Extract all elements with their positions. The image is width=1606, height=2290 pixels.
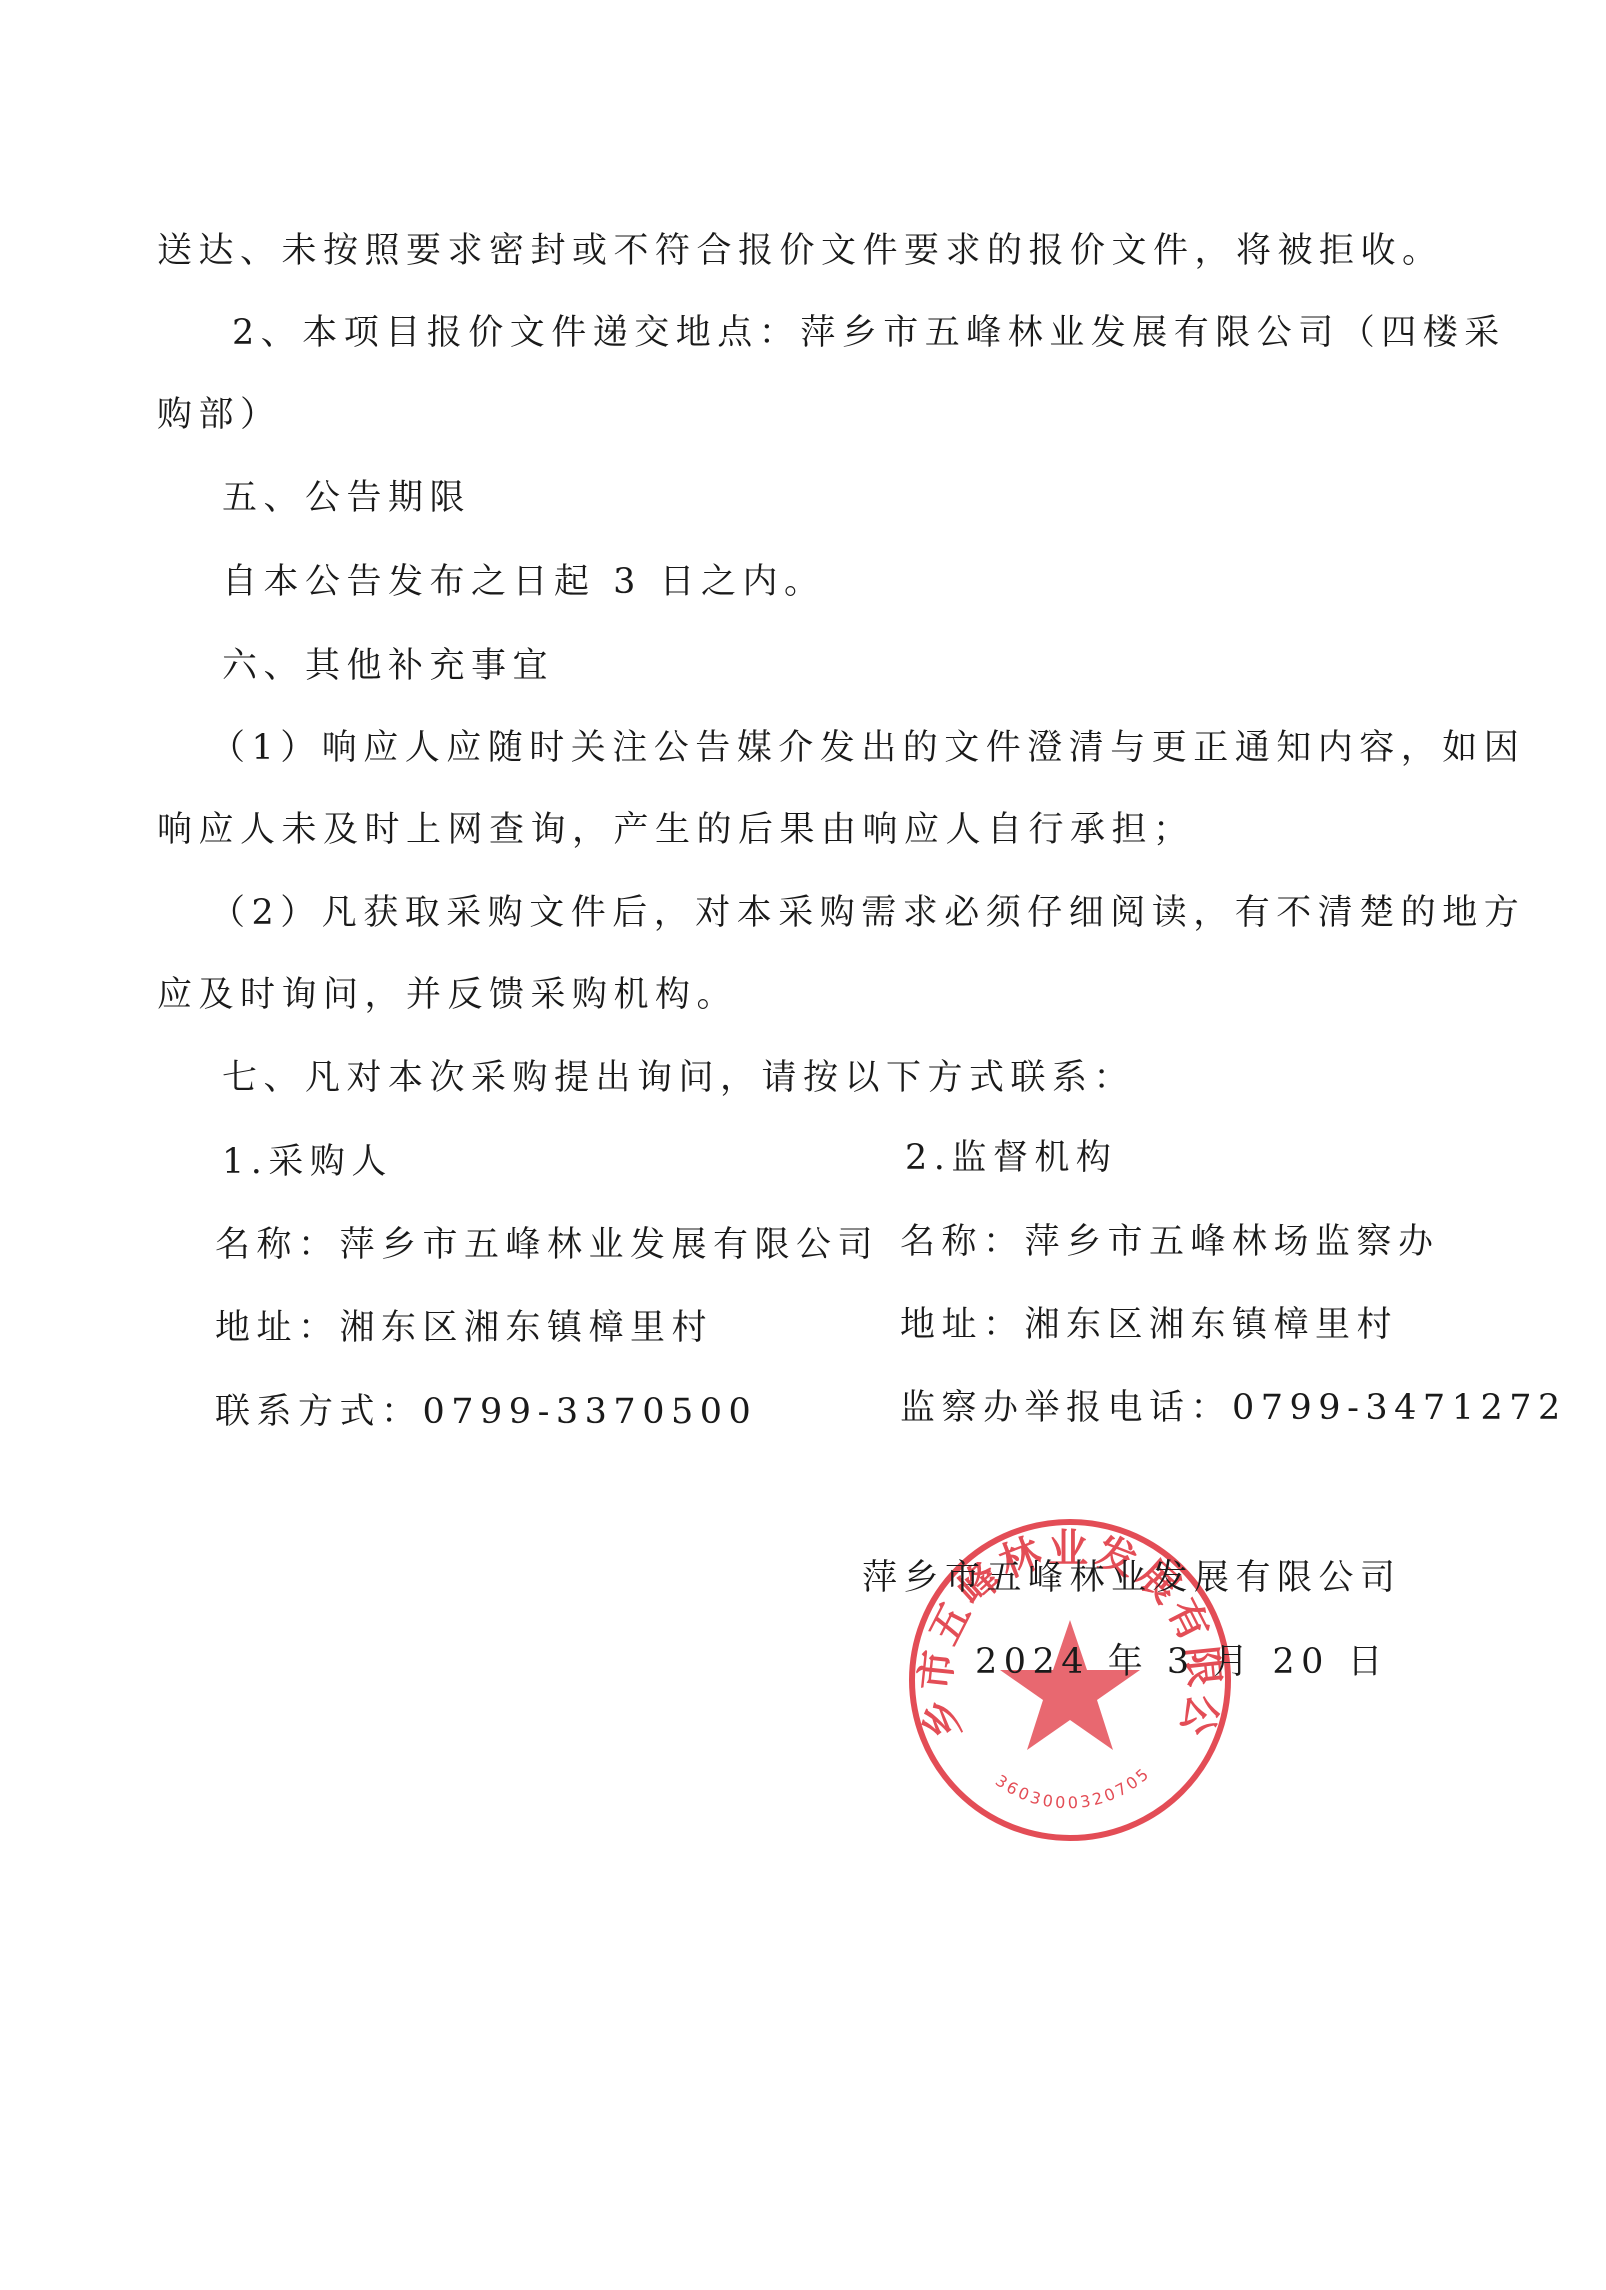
supervisor-phone: 监察办举报电话：0799-3471272 bbox=[900, 1388, 1567, 1428]
purchaser-address: 地址：湘东区湘东镇樟里村 bbox=[215, 1308, 713, 1348]
paragraph-rejection: 送达、未按照要求密封或不符合报价文件要求的报价文件，将被拒收。 bbox=[157, 231, 1444, 271]
paragraph-submission-location: 2、本项目报价文件递交地点：萍乡市五峰林业发展有限公司（四楼采 bbox=[232, 313, 1506, 353]
svg-text:3603000320705: 3603000320705 bbox=[992, 1763, 1154, 1812]
supervisor-heading: 2.监督机构 bbox=[905, 1138, 1117, 1178]
purchaser-heading: 1.采购人 bbox=[222, 1142, 393, 1182]
section-heading-supplementary: 六、其他补充事宜 bbox=[222, 646, 554, 686]
supervisor-address: 地址：湘东区湘东镇樟里村 bbox=[900, 1305, 1398, 1345]
seal-number: 3603000320705 bbox=[992, 1763, 1154, 1812]
paragraph-submission-location-cont: 购部） bbox=[157, 395, 282, 435]
purchaser-name: 名称：萍乡市五峰林业发展有限公司 bbox=[215, 1225, 879, 1265]
paragraph-supplementary-2-cont: 应及时询问，并反馈采购机构。 bbox=[157, 975, 738, 1015]
paragraph-supplementary-2: （2）凡获取采购文件后，对本采购需求必须仔细阅读，有不清楚的地方 bbox=[210, 893, 1525, 933]
paragraph-supplementary-1-cont: 响应人未及时上网查询，产生的后果由响应人自行承担； bbox=[157, 810, 1195, 850]
star-icon bbox=[1000, 1620, 1140, 1750]
section-heading-notice-period: 五、公告期限 bbox=[222, 478, 471, 518]
signature-company: 萍乡市五峰林业发展有限公司 bbox=[862, 1558, 1402, 1598]
document-page: 送达、未按照要求密封或不符合报价文件要求的报价文件，将被拒收。 2、本项目报价文… bbox=[0, 0, 1606, 2290]
paragraph-notice-period: 自本公告发布之日起 3 日之内。 bbox=[222, 562, 826, 602]
paragraph-supplementary-1: （1）响应人应随时关注公告媒介发出的文件澄清与更正通知内容，如因 bbox=[210, 728, 1525, 768]
section-heading-contact: 七、凡对本次采购提出询问，请按以下方式联系： bbox=[222, 1058, 1135, 1098]
supervisor-name: 名称：萍乡市五峰林场监察办 bbox=[900, 1222, 1440, 1262]
purchaser-phone: 联系方式：0799-3370500 bbox=[215, 1392, 757, 1432]
signature-date: 2024 年 3 月 20 日 bbox=[975, 1642, 1389, 1682]
